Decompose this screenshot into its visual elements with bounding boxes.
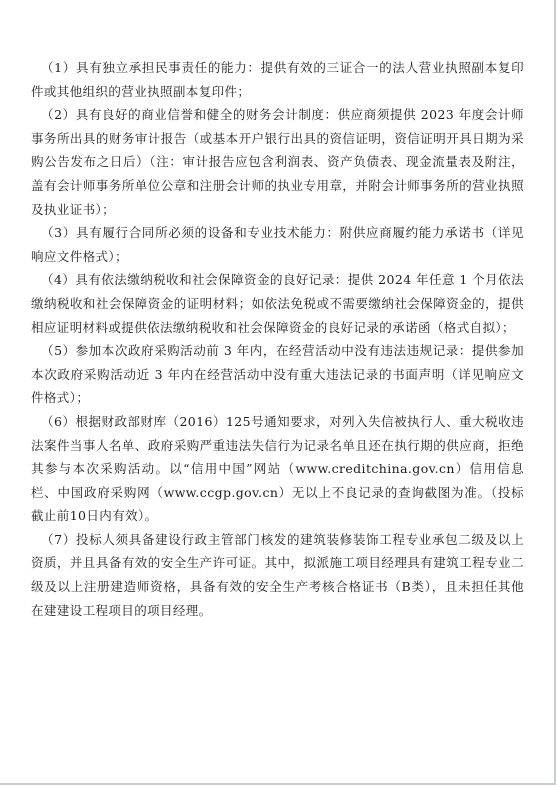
clause-3: （3）具有履行合同所必须的设备和专业技术能力：附供应商履约能力承诺书（详见响应文… [31, 221, 524, 268]
clause-6: （6）根据财政部财库（2016）125号通知要求，对列入失信被执行人、重大税收违… [31, 410, 524, 528]
clause-5: （5）参加本次政府采购活动前 3 年内，在经营活动中没有违法违规记录：提供参加本… [31, 339, 524, 410]
clause-2: （2）具有良好的商业信誉和健全的财务会计制度：供应商须提供 2023 年度会计师… [31, 103, 524, 221]
document-body: （1）具有独立承担民事责任的能力：提供有效的三证合一的法人营业执照副本复印件或其… [31, 56, 524, 622]
clause-4: （4）具有依法缴纳税收和社会保障资金的良好记录：提供 2024 年任意 1 个月… [31, 268, 524, 339]
clause-7: （7）投标人须具备建设行政主管部门核发的建筑装修装饰工程专业承包二级及以上资质，… [31, 528, 524, 622]
clause-1: （1）具有独立承担民事责任的能力：提供有效的三证合一的法人营业执照副本复印件或其… [31, 56, 524, 103]
document-page: （1）具有独立承担民事责任的能力：提供有效的三证合一的法人营业执照副本复印件或其… [0, 0, 556, 785]
